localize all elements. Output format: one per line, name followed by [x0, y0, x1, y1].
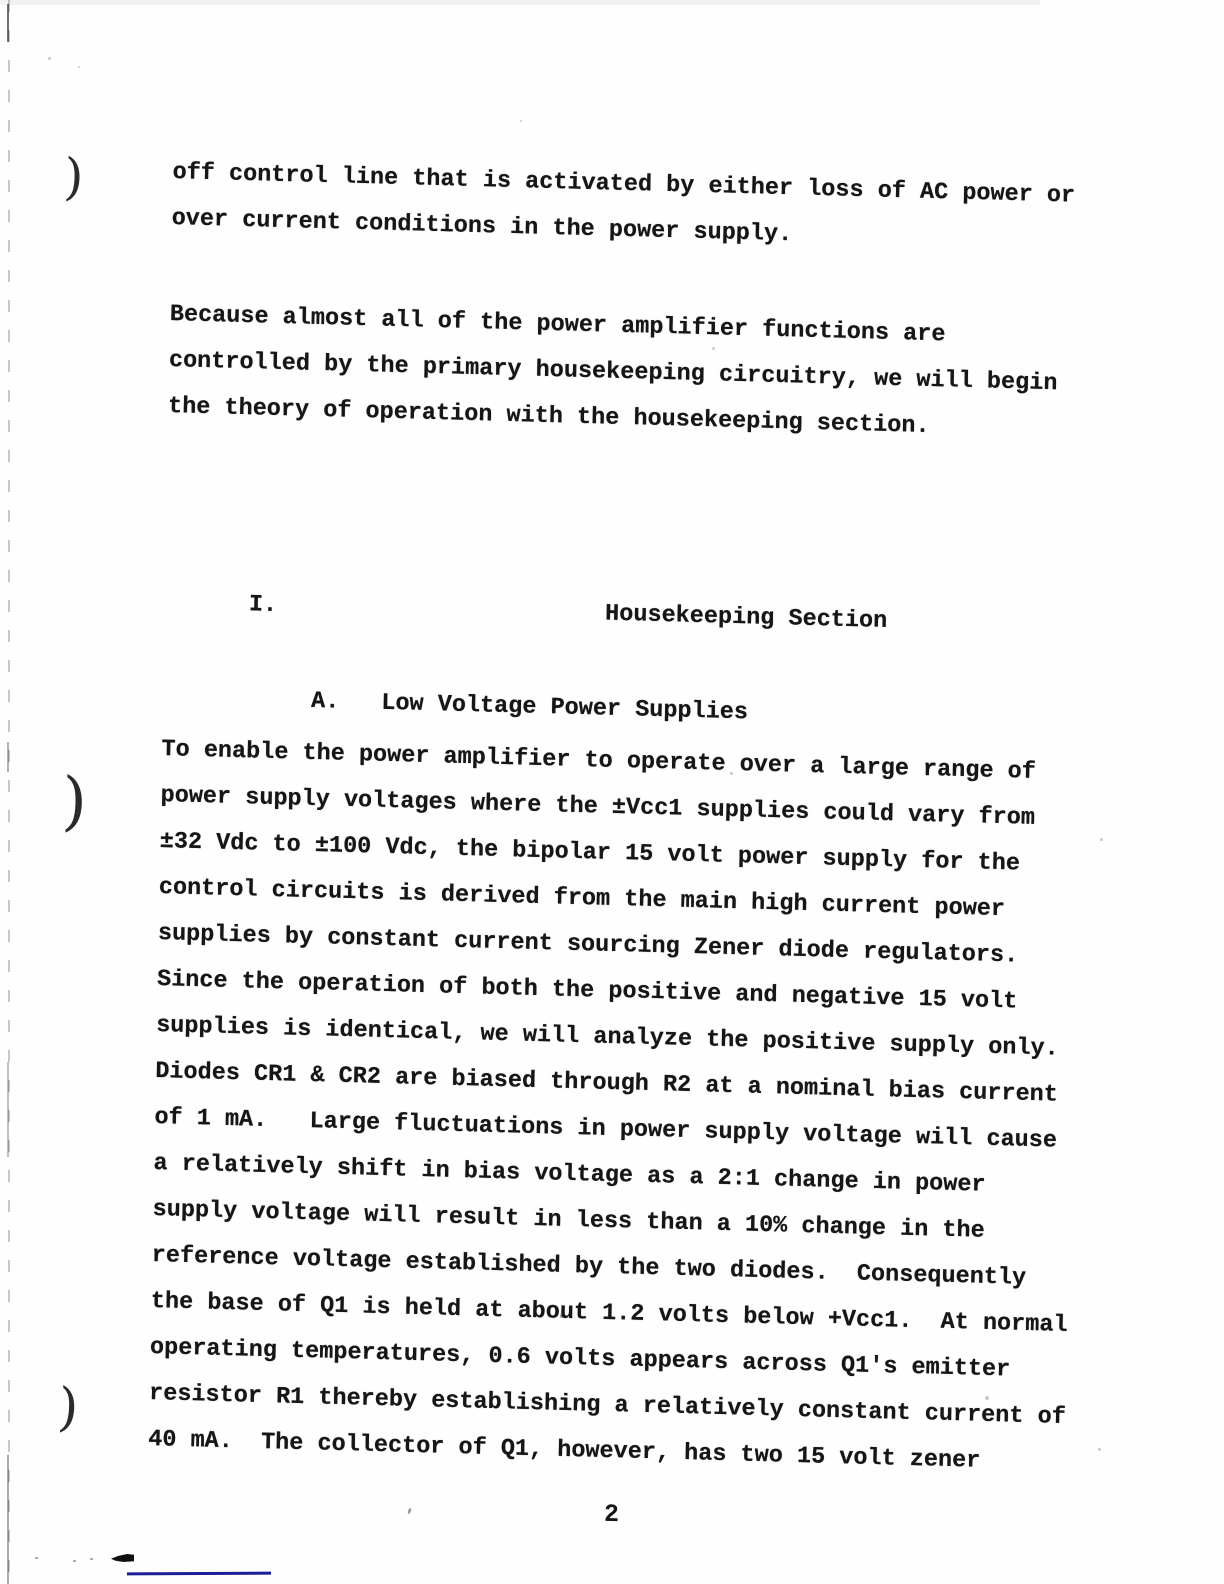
- scan-speck: [90, 1558, 93, 1560]
- margin-paren-mark: ): [63, 152, 85, 203]
- paragraph-intro: off control line that is activated by ei…: [171, 150, 1133, 267]
- scan-edge-band: [0, 0, 1040, 5]
- paragraph-body: To enable the power amplifier to operate…: [148, 727, 1122, 1488]
- scan-speck: [407, 1508, 412, 1515]
- subsection-letter: A.: [311, 688, 340, 716]
- section-title: Housekeeping Section: [605, 601, 888, 635]
- scan-speck: [73, 1560, 76, 1562]
- subsection-heading: A.Low Voltage Power Supplies: [227, 631, 1124, 700]
- scan-speck: [1100, 838, 1103, 841]
- margin-paren-mark: ): [56, 1381, 80, 1434]
- ink-smudge-mark: [111, 1554, 134, 1562]
- section-heading: I.Housekeeping Section: [165, 534, 1126, 605]
- scan-edge-mark: [7, 4, 9, 42]
- margin-paren-mark: ): [61, 770, 88, 835]
- scanned-document-page: ) ) ) off control line that is activated…: [0, 0, 1224, 1584]
- scan-speck: [48, 57, 51, 60]
- page-number: 2: [604, 1500, 619, 1529]
- scan-edge-mark: [7, 742, 9, 772]
- scan-speck: [1098, 1448, 1101, 1451]
- scan-speck: [560, 1314, 563, 1318]
- scan-edge-mark: [7, 1455, 9, 1584]
- scan-speck: [78, 66, 80, 68]
- section-numeral: I.: [249, 591, 278, 619]
- paragraph-overview: Because almost all of the power amplifie…: [168, 292, 1131, 455]
- scan-edge-mark: [7, 1062, 9, 1157]
- scan-speck: [520, 120, 522, 122]
- scan-speck: [712, 347, 715, 350]
- typed-content: off control line that is activated by ei…: [148, 150, 1133, 1488]
- subsection-title: Low Voltage Power Supplies: [381, 690, 748, 727]
- scan-speck: [730, 772, 733, 775]
- scan-speck: [35, 1557, 38, 1559]
- blue-pen-line: [127, 1572, 271, 1576]
- scan-speck: [985, 1396, 989, 1400]
- scan-edge-line: [8, 0, 10, 1584]
